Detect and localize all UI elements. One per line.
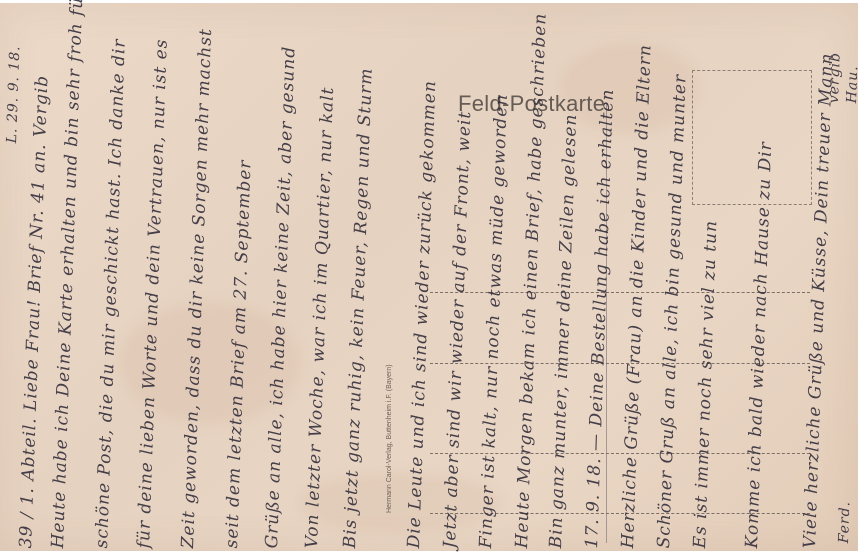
handwritten-line: Zeit geworden, dass du dir keine Sorgen … [178, 28, 216, 549]
date-line: L. 29. 9. 18. [4, 45, 23, 143]
handwritten-line: Es ist immer noch sehr viel zu tun [690, 220, 721, 549]
handwritten-line: Finger ist kalt, nur noch etwas müde gew… [476, 93, 512, 548]
margin-note: Hau. [844, 65, 861, 104]
postcard: Feld-Postkarte Hermann Carol-Verlag, But… [0, 3, 858, 551]
handwritten-line: für deine lieben Worte und dein Vertraue… [134, 38, 172, 548]
paper-stain [300, 473, 500, 533]
handwritten-line: schöne Post, die du mir geschickt hast. … [92, 38, 130, 549]
handwritten-line: Heute habe ich Deine Karte erhalten und … [48, 0, 89, 549]
handwritten-line: Grüße an alle, ich habe hier keine Zeit,… [262, 46, 300, 549]
publisher-imprint: Hermann Carol-Verlag, Buttenheim i.F. (B… [386, 364, 393, 513]
handwritten-line: 17. 9. 18. — Deine Bestellung habe ich e… [582, 88, 618, 548]
handwritten-line: Von letzter Woche, war ich im Quartier, … [302, 86, 338, 548]
margin-note: vergib [826, 52, 844, 104]
margin-note: Ferd. [836, 501, 853, 544]
handwritten-line: Schöner Gruß an alle, ich bin gesund und… [654, 74, 691, 549]
stamp-box [692, 70, 812, 205]
handwritten-line: 39 / 1. Abteil. Liebe Frau! Brief Nr. 41… [16, 75, 53, 549]
handwritten-line: Bin ganz munter, immer deine Zeilen gele… [546, 113, 581, 548]
